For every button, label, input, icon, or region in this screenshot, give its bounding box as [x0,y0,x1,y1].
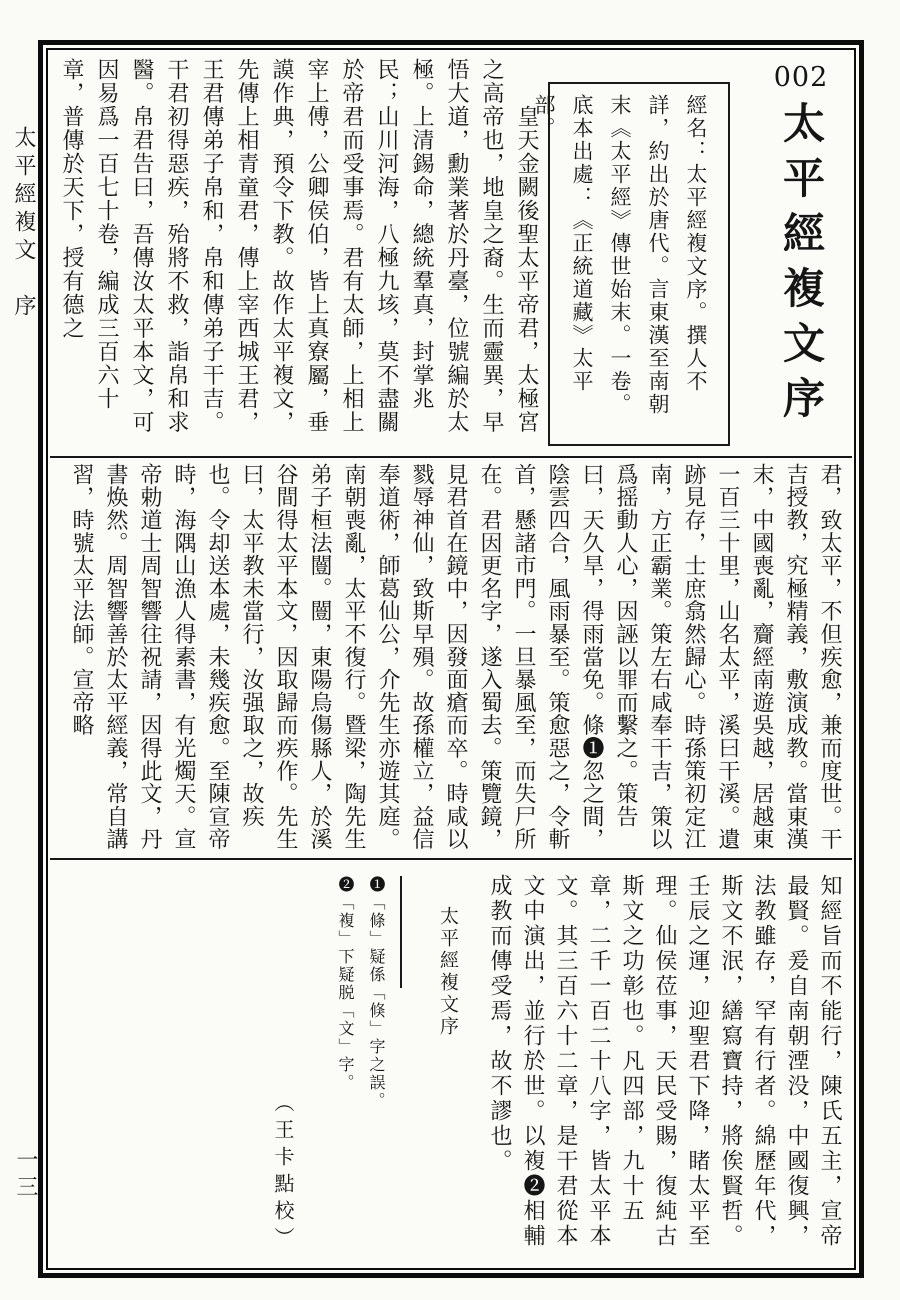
section-top: 002 太平經複文序 經名：太平經複文序。撰人不詳，約出於唐代。言東漢至南朝末《… [48,50,854,456]
section-middle: 君，致太平，不但疾愈，兼而度世。干吉授教，究極精義，敷演成教。當東漢末，中國喪亂… [48,458,854,858]
abstract-box: 經名：太平經複文序。撰人不詳，約出於唐代。言東漢至南朝末《太平經》傳世始末。一卷… [548,82,730,446]
article-title: 太平經複文序 [771,101,831,431]
article-headline: 002 太平經複文序 [760,62,842,435]
editor-note: （王卡點校） [269,1092,298,1254]
footnote-divider [400,876,402,988]
body-text-section-2: 君，致太平，不但疾愈，兼而度世。干吉授教，究極精義，敷演成教。當東漢末，中國喪亂… [56,463,846,853]
abstract-text: 經名：太平經複文序。撰人不詳，約出於唐代。言東漢至南朝末《太平經》傳世始末。一卷… [563,94,715,434]
scanned-book-page: 太平經複文 序 一三 002 太平經複文序 經名：太平經複文序。撰人不詳，約出於… [0,0,900,1300]
page-frame: 002 太平經複文序 經名：太平經複文序。撰人不詳，約出於唐代。言東漢至南朝末《… [38,40,864,1278]
article-number: 002 [760,62,842,93]
footnotes: ❶「條」疑係「倏」字之誤。 ❷「複」下疑脱「文」字。 [330,876,392,1166]
body-text-section-3: 知經旨而不能行，陳氏五主，宣帝最賢。爰自南朝湮没，中國復興，法教雖存，罕有行者。… [510,874,846,1262]
end-title: 太平經複文序 [435,906,462,1038]
footnote-1: ❶「條」疑係「倏」字之誤。 [361,876,392,1166]
page-frame-inner: 002 太平經複文序 經名：太平經複文序。撰人不詳，約出於唐代。言東漢至南朝末《… [46,48,856,1270]
page-number: 一三 [10,1148,41,1202]
section-bottom: 知經旨而不能行，陳氏五主，宣帝最賢。爰自南朝湮没，中國復興，法教雖存，罕有行者。… [48,860,854,1268]
body-text-section-1: 皇天金闕後聖太平帝君，太極宮之高帝也，地皇之裔。生而靈異，早悟大道，勳業著於丹臺… [78,58,544,450]
running-title: 太平經複文 序 [8,126,39,322]
footnote-2: ❷「複」下疑脱「文」字。 [330,876,361,1166]
